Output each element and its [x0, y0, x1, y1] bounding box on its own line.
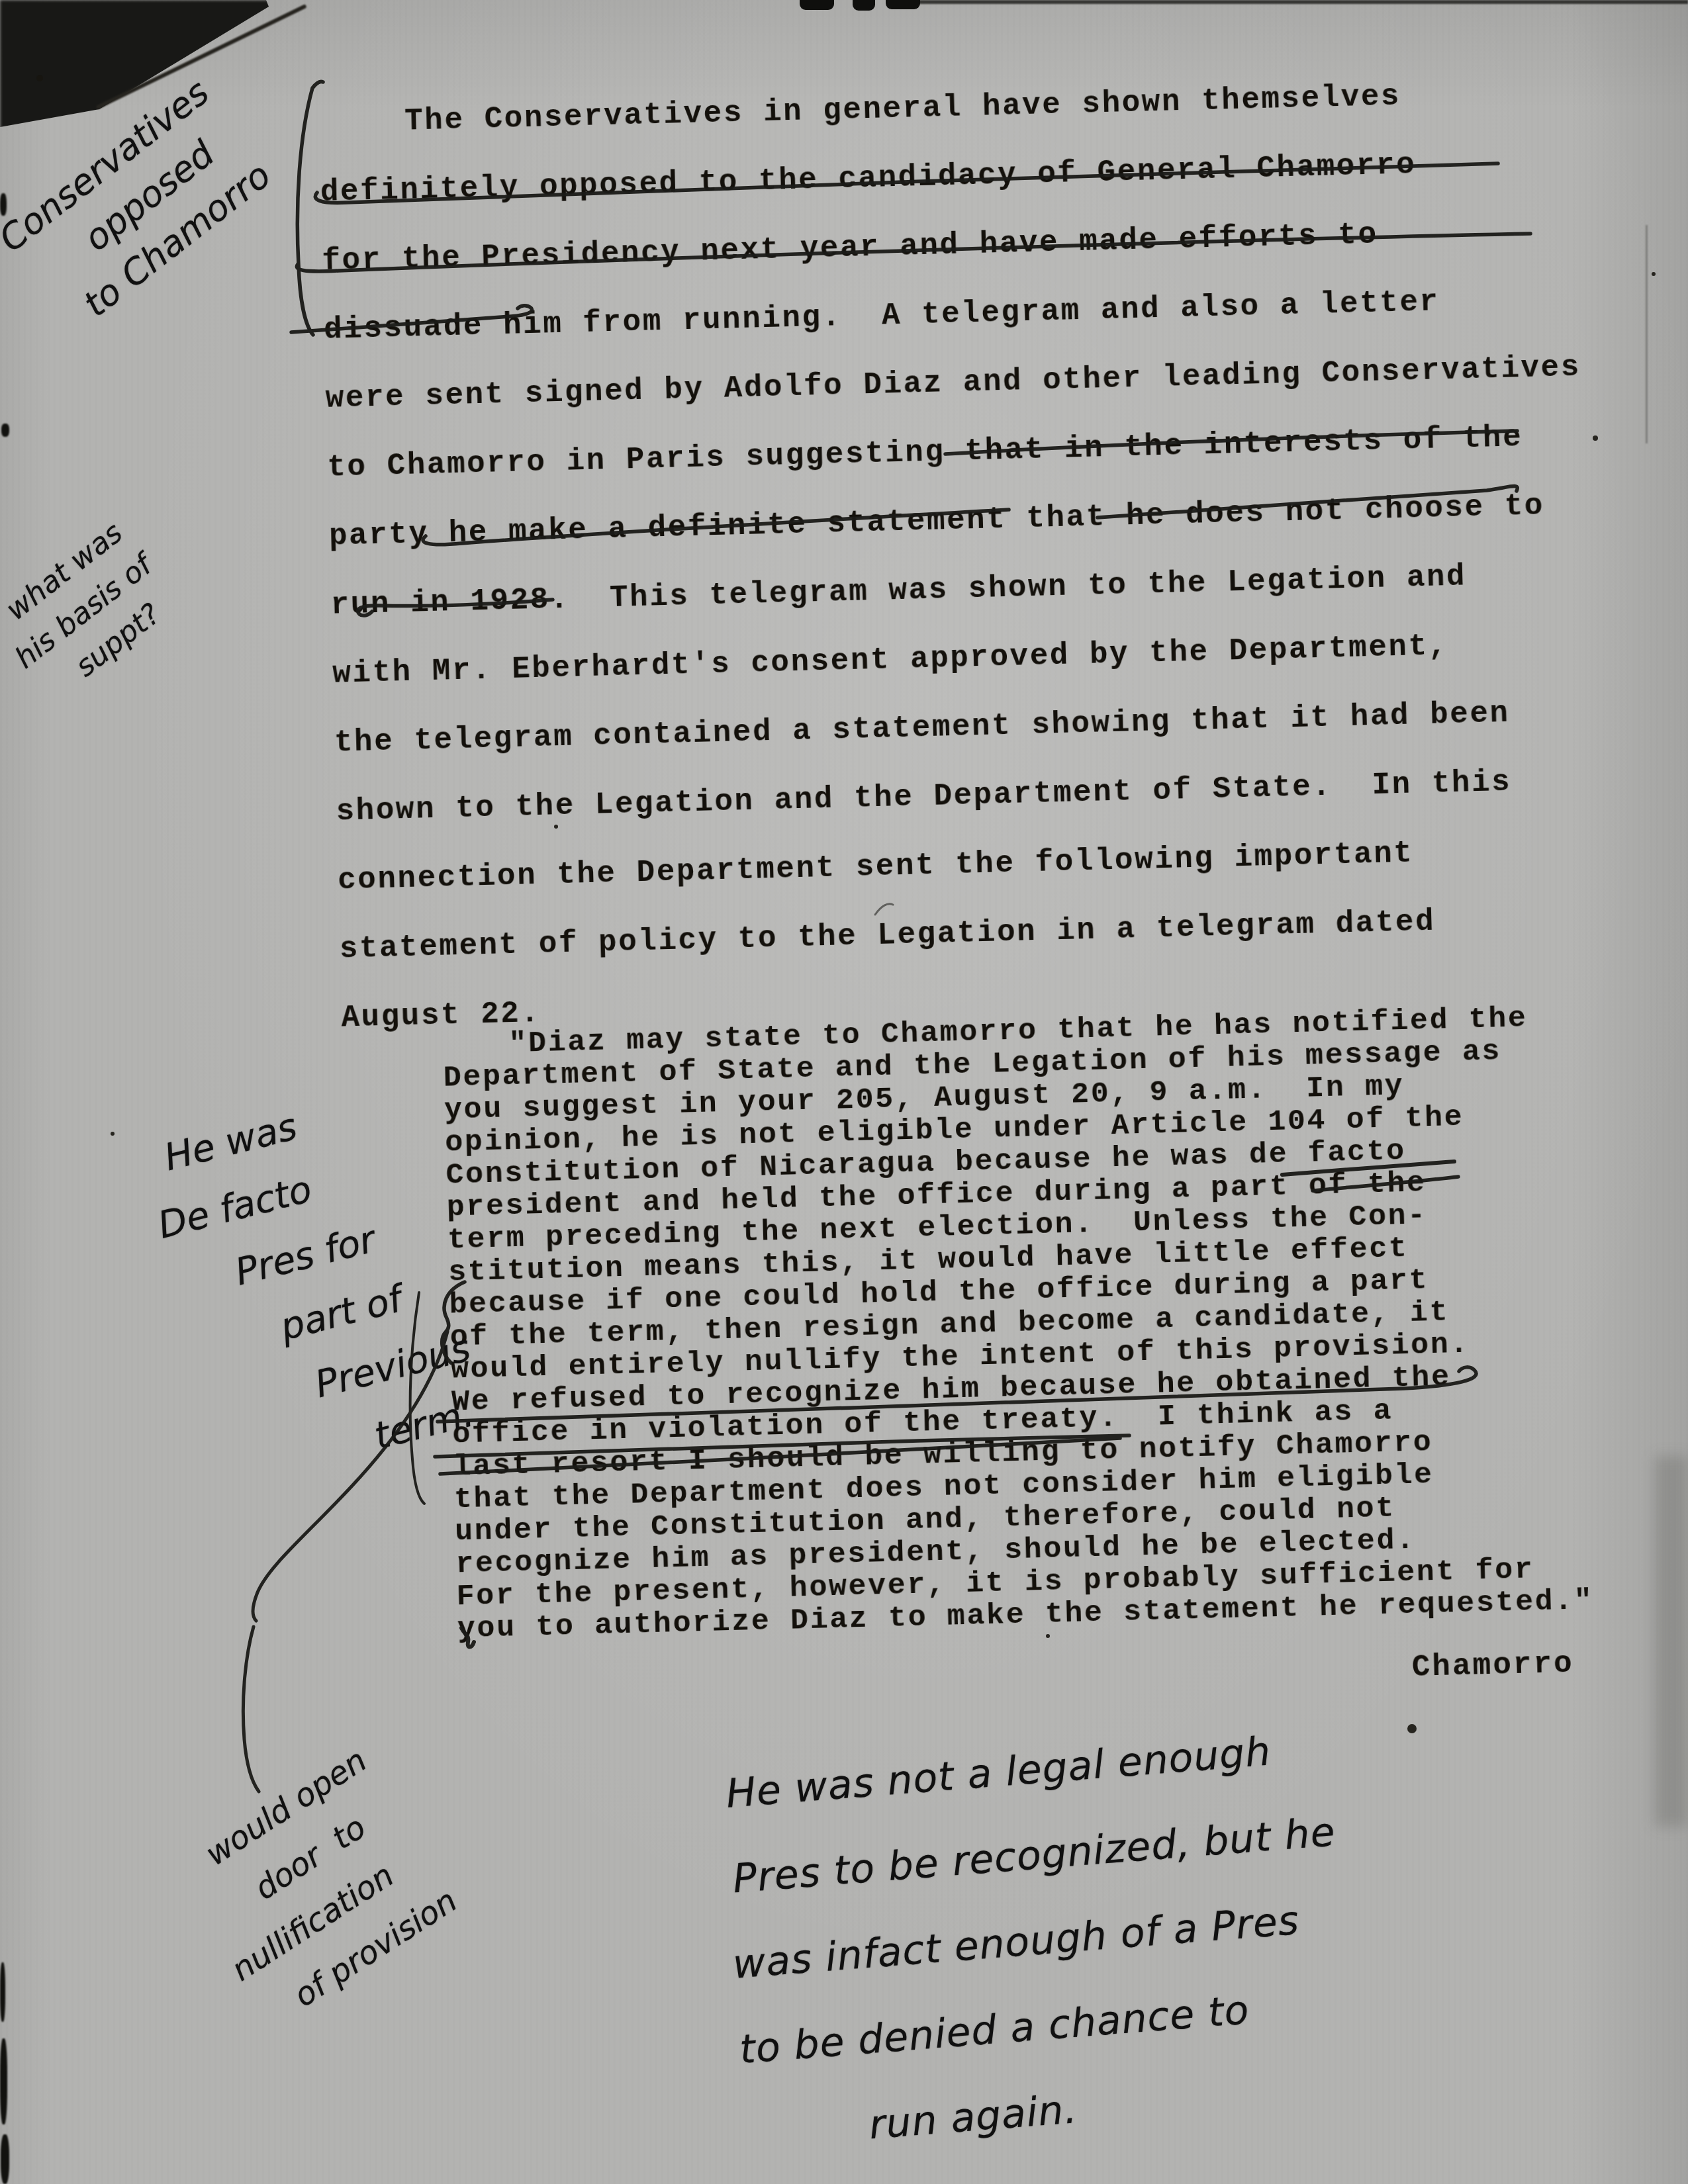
left-edge-smudge: [1, 424, 9, 437]
scanned-document-page: The Conservatives in general have shown …: [0, 0, 1688, 2184]
typed-text-layer: The Conservatives in general have shown …: [318, 56, 1688, 1809]
main-paragraph: The Conservatives in general have shown …: [318, 56, 1672, 1052]
clipped-page-number-mark: [853, 0, 875, 11]
left-edge-smudge: [0, 2038, 7, 2124]
telegram-quote-block: "Diaz may state to Chamorro that he has …: [442, 1001, 1594, 1645]
left-edge-smudge: [1, 2134, 9, 2184]
ink-speck: [111, 1132, 115, 1136]
note-paren-flourish: [243, 1627, 259, 1792]
signature-chamorro: Chamorro: [1411, 1647, 1574, 1685]
clipped-page-number-mark: [886, 0, 920, 9]
clipped-page-number-mark: [800, 0, 834, 10]
annotation-bottom-summary: He was not a legal enoughPres to be reco…: [716, 1690, 1542, 2178]
scan-edge-strip: [906, 0, 1688, 4]
left-edge-smudge: [0, 1962, 5, 2022]
annotation-basis-of-support: what washis basis ofsuppt?: [0, 432, 289, 714]
